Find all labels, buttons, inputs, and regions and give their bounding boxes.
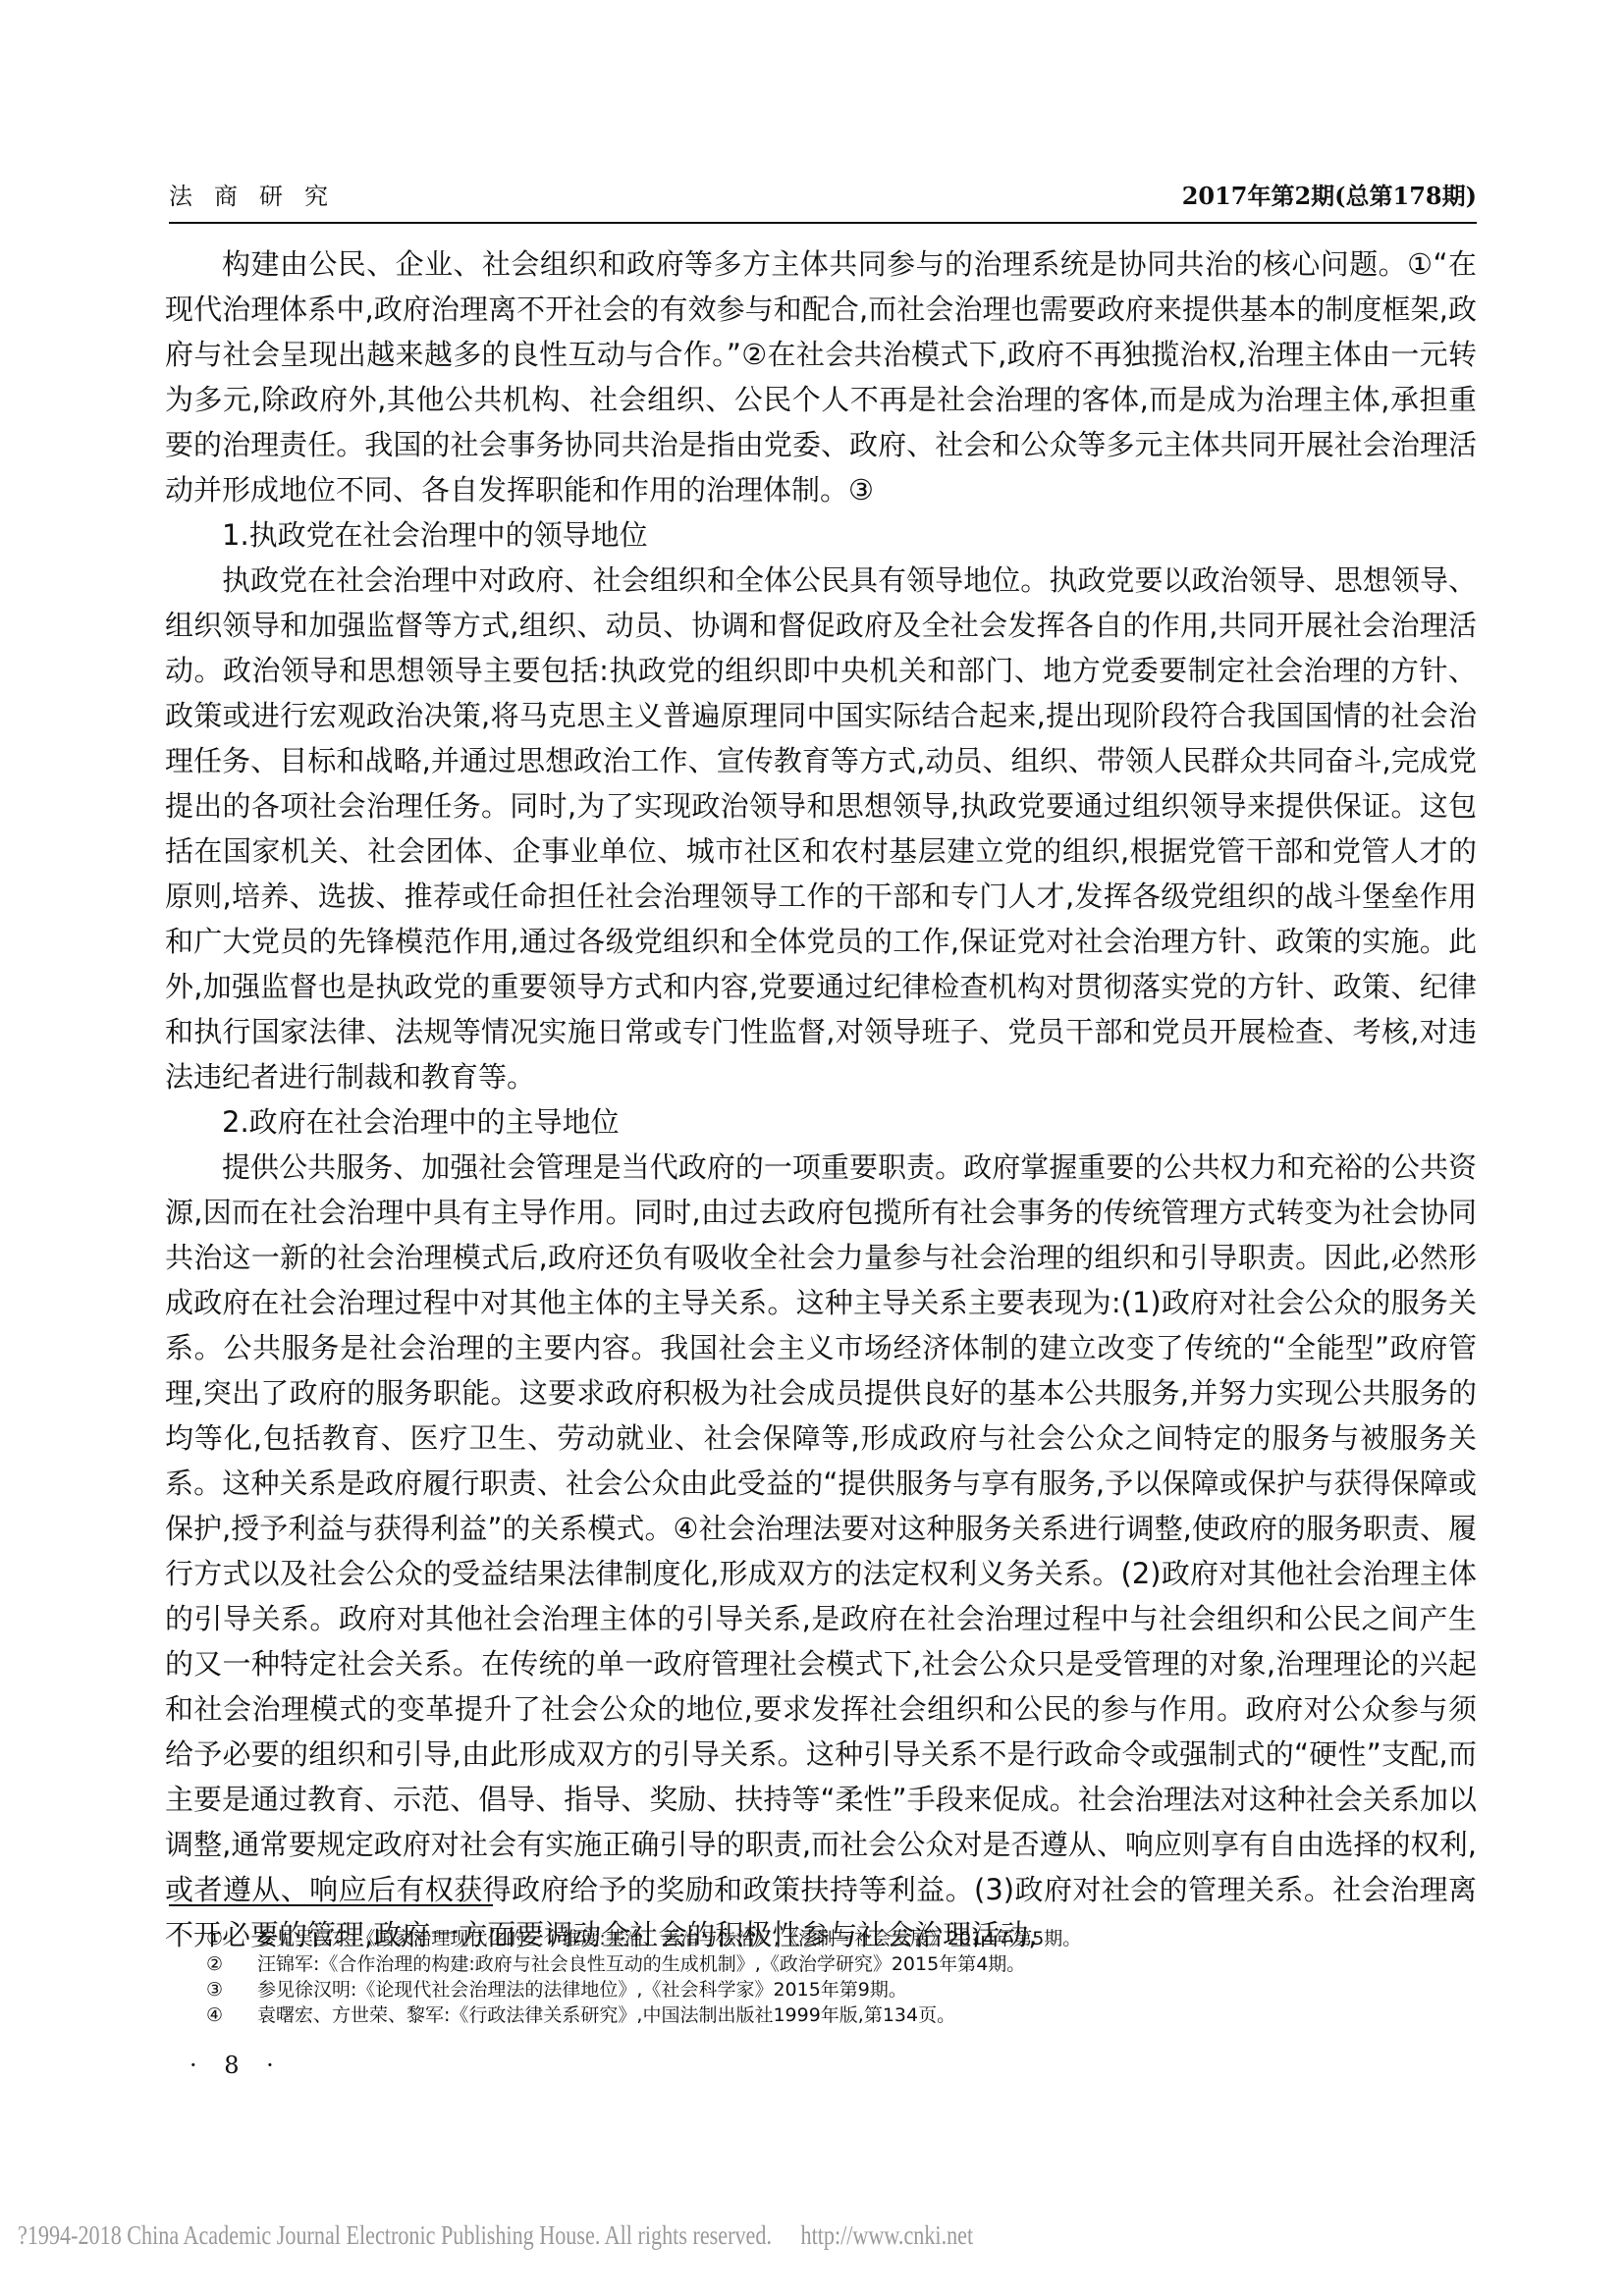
footnote-rule — [169, 1904, 493, 1906]
page-number: · 8 · — [189, 2052, 284, 2079]
copyright-line: ?1994-2018 China Academic Journal Electr… — [18, 2220, 973, 2251]
section-heading: 1.执政党在社会治理中的领导地位 — [165, 512, 1477, 558]
footnote-mark: ④ — [206, 2002, 257, 2028]
corner-mark — [49, 0, 59, 8]
paragraph: 执政党在社会治理中对政府、社会组织和全体公民具有领导地位。执政党要以政治领导、思… — [165, 558, 1477, 1099]
journal-name: 法商研究 — [169, 177, 350, 211]
footnote-text: 汪锦军:《合作治理的构建:政府与社会良性互动的生成机制》,《政治学研究》2015… — [257, 1951, 1025, 1977]
paragraph: 构建由公民、企业、社会组织和政府等多方主体共同参与的治理系统是协同共治的核心问题… — [165, 241, 1477, 512]
footnote-mark: ③ — [206, 1977, 257, 2002]
footnote: ④ 袁曙宏、方世荣、黎军:《行政法律关系研究》,中国法制出版社1999年版,第1… — [206, 2002, 1081, 2028]
footnote: ② 汪锦军:《合作治理的构建:政府与社会良性互动的生成机制》,《政治学研究》20… — [206, 1951, 1081, 1977]
footnote-text: 袁曙宏、方世荣、黎军:《行政法律关系研究》,中国法制出版社1999年版,第134… — [257, 2002, 955, 2028]
footnotes: ① 参见吴汉东:《国家治理现代化的三个维度:共治、善治与法治》,《法制与社会发展… — [206, 1926, 1081, 2028]
copyright-text: ?1994-2018 China Academic Journal Electr… — [18, 2220, 772, 2250]
section-heading: 2.政府在社会治理中的主导地位 — [165, 1099, 1477, 1145]
footnote: ① 参见吴汉东:《国家治理现代化的三个维度:共治、善治与法治》,《法制与社会发展… — [206, 1926, 1081, 1951]
footnote-text: 参见徐汉明:《论现代社会治理法的法律地位》,《社会科学家》2015年第9期。 — [257, 1977, 907, 2002]
paragraph: 提供公共服务、加强社会管理是当代政府的一项重要职责。政府掌握重要的公共权力和充裕… — [165, 1145, 1477, 1957]
footnote-mark: ② — [206, 1951, 257, 1977]
copyright-url: http://www.cnki.net — [801, 2220, 974, 2250]
issue-info: 2017年第2期(总第178期) — [1182, 177, 1477, 211]
footnote-mark: ① — [206, 1926, 257, 1951]
footnote: ③ 参见徐汉明:《论现代社会治理法的法律地位》,《社会科学家》2015年第9期。 — [206, 1977, 1081, 2002]
running-head: 法商研究 2017年第2期(总第178期) — [169, 173, 1477, 212]
article-body: 构建由公民、企业、社会组织和政府等多方主体共同参与的治理系统是协同共治的核心问题… — [165, 241, 1477, 1957]
header-rule — [169, 222, 1477, 224]
footnote-text: 参见吴汉东:《国家治理现代化的三个维度:共治、善治与法治》,《法制与社会发展》2… — [257, 1926, 1081, 1951]
